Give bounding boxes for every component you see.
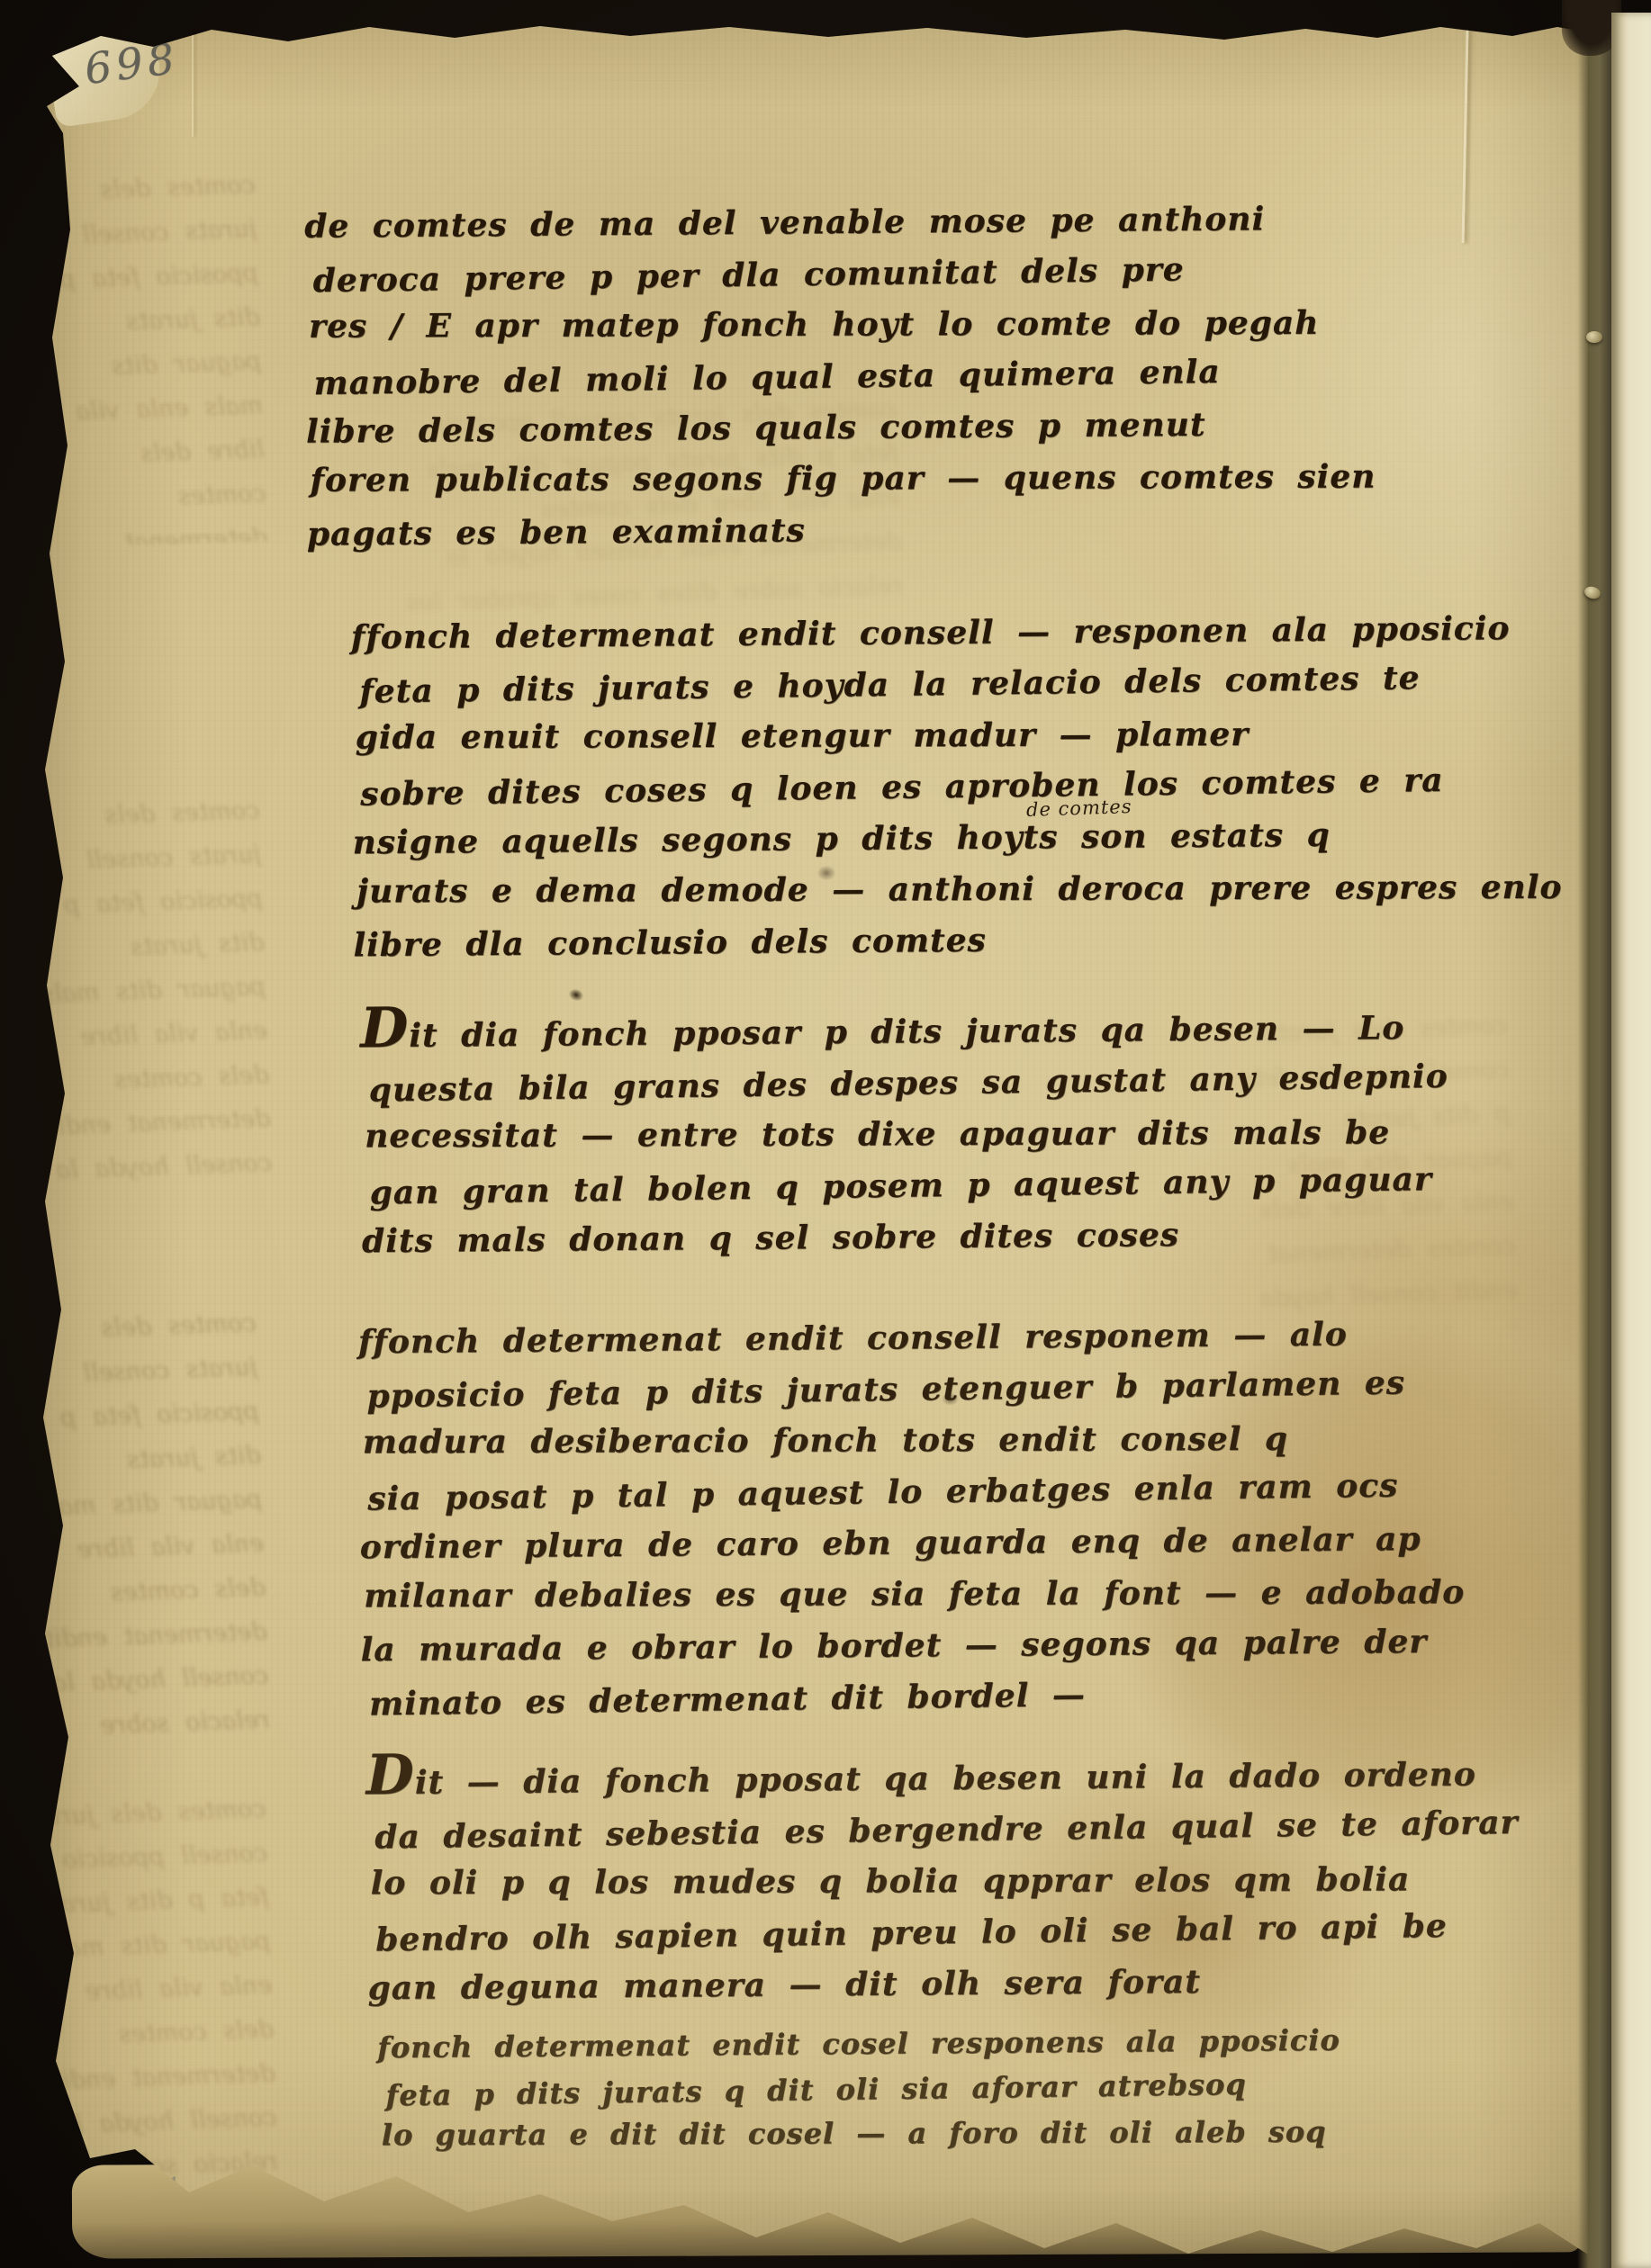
manuscript-line: foren publicats segons fig par — quens c… <box>310 451 1534 507</box>
manuscript-line: pagats es ben examinats <box>307 499 1531 561</box>
scanned-manuscript: comtes dels jurats consell pposicio feta… <box>0 0 1651 2268</box>
interlinear-note: de comtes <box>1026 796 1132 821</box>
manuscript-line: libre dla conclusio dels comtes <box>353 911 1534 971</box>
manuscript-line: milanar debalies es que sia feta la font… <box>364 1567 1543 1623</box>
paragraph: ffonch determenat endit consell responem… <box>358 1308 1541 1727</box>
folio-number: 698 <box>82 34 182 94</box>
stitch-knot <box>1586 331 1602 343</box>
facing-page-edge <box>1611 13 1651 2268</box>
paper-crease <box>192 22 194 137</box>
manuscript-line: lo guarta e dit dit cosel — a foro dit o… <box>382 2109 1547 2158</box>
paragraph: ffonch determenat endit consell — respon… <box>351 603 1535 971</box>
paragraph: de comtes de ma del venable mose pe anth… <box>304 192 1531 561</box>
ghost-bleedthrough: comtes dels jurats consell pposicio feta… <box>34 788 273 1183</box>
paragraph: fonch determenat endit cosel responens a… <box>377 2016 1544 2160</box>
ghost-bleedthrough: comtes dels jurats consell pposicio feta… <box>21 1786 279 2182</box>
manuscript-page: comtes dels jurats consell pposicio feta… <box>0 0 1588 2268</box>
paragraph: Dit dia fonch pposar p dits jurats qa be… <box>360 998 1537 1267</box>
paragraph: Dit — dia fonch pposat qa besen uni la d… <box>366 1745 1543 2014</box>
text-block: de comtes de ma del venable mose pe anth… <box>268 192 1544 2161</box>
manuscript-line: jurats e dema demode — anthoni deroca pr… <box>356 862 1538 918</box>
ghost-bleedthrough: comtes dels jurats consell pposicio feta… <box>20 1301 271 1741</box>
ghost-bleedthrough: comtes dels jurats consell pposicio feta… <box>41 163 268 548</box>
